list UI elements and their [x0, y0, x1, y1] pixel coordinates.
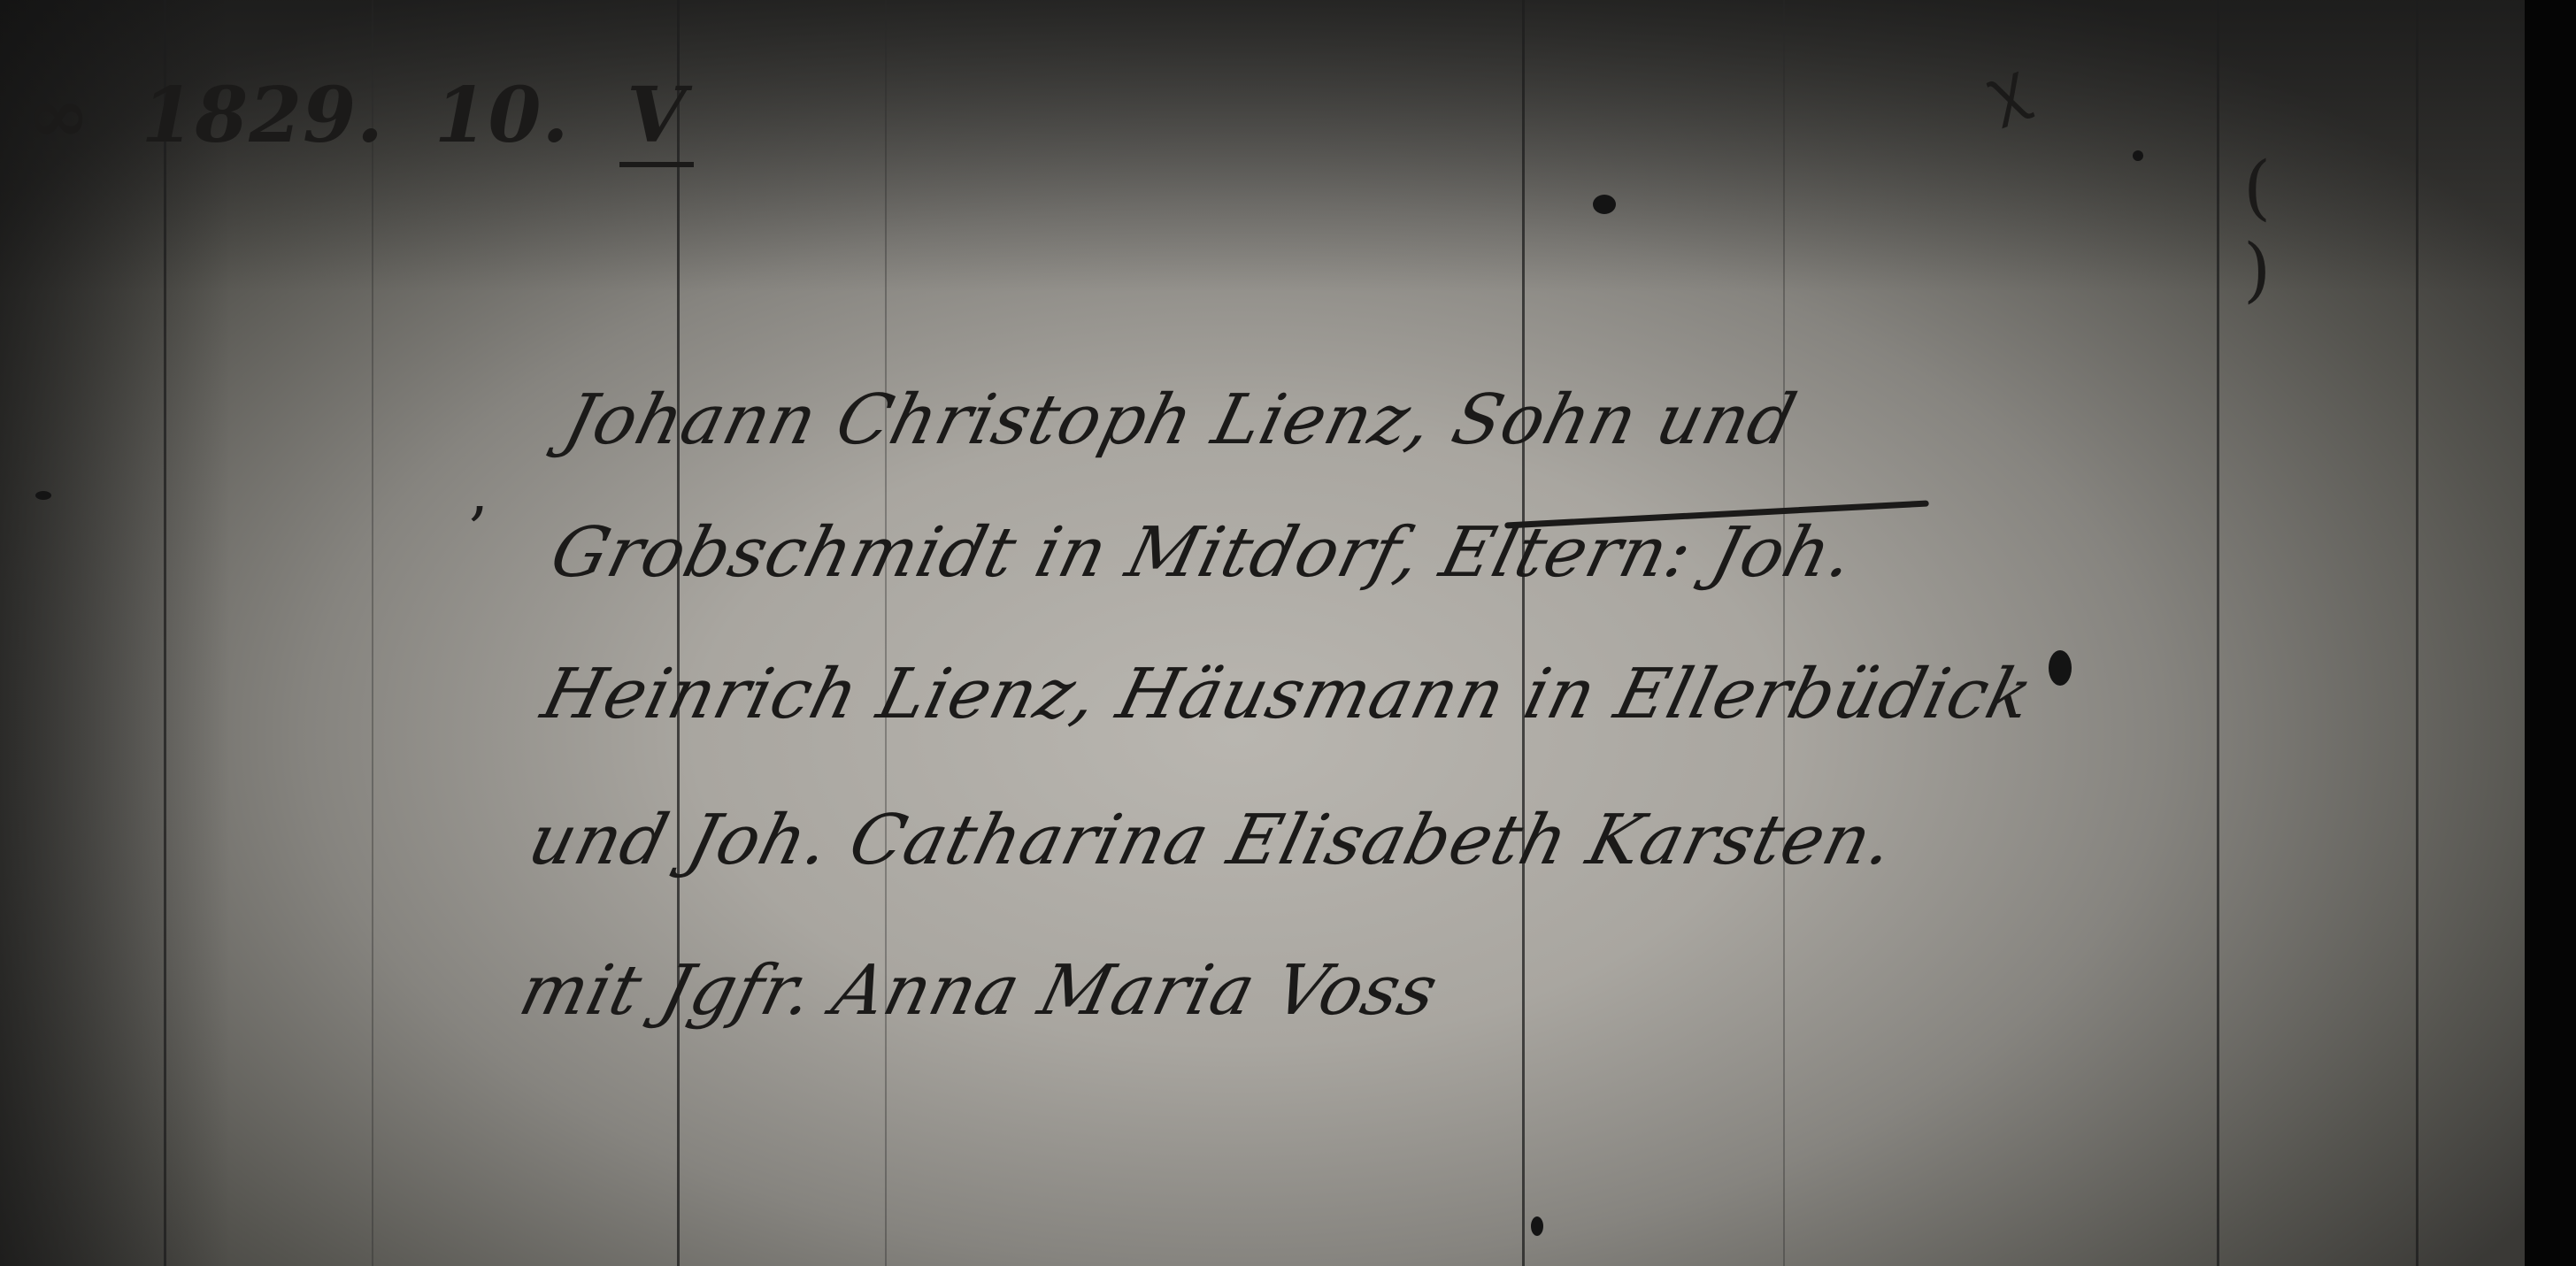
- column-rule: [2217, 0, 2219, 1266]
- scan-edge: [2525, 0, 2576, 1266]
- ink-blot: [2133, 150, 2143, 161]
- entry-date-header: ∞ 1829. 10. V: [27, 71, 717, 160]
- column-rule: [885, 0, 887, 1266]
- column-rule: [1522, 0, 1525, 1266]
- document-page: ∞ 1829. 10. V ꭓ ( ) , Johann Christoph L…: [0, 0, 2576, 1266]
- scan-vignette-left: [0, 0, 230, 1266]
- entry-month: V: [619, 71, 694, 167]
- ink-blot: [35, 491, 51, 500]
- ink-blot: [1531, 1216, 1543, 1236]
- entry-day: 10.: [434, 71, 570, 160]
- ink-blot: [1593, 195, 1616, 214]
- marriage-symbol: ∞: [27, 71, 91, 160]
- entry-line-4: und Joh. Catharina Elisabeth Karsten.: [521, 801, 1903, 880]
- entry-line-2: Grobschmidt in Mitdorf, Eltern: Joh.: [543, 513, 1863, 593]
- entry-number-mark: ,: [469, 456, 488, 528]
- ink-blot: [2049, 650, 2072, 686]
- column-rule: [677, 0, 680, 1266]
- column-rule: [372, 0, 373, 1266]
- entry-line-5: mit Jgfr. Anna Maria Voss: [512, 951, 1446, 1031]
- entry-year: 1829.: [142, 71, 384, 160]
- column-rule: [164, 0, 166, 1266]
- column-rule: [1783, 0, 1785, 1266]
- entry-line-3: Heinrich Lienz, Häusmann in Ellerbüdick: [534, 655, 2041, 734]
- entry-line-1: Johann Christoph Lienz, Sohn und: [557, 380, 1804, 460]
